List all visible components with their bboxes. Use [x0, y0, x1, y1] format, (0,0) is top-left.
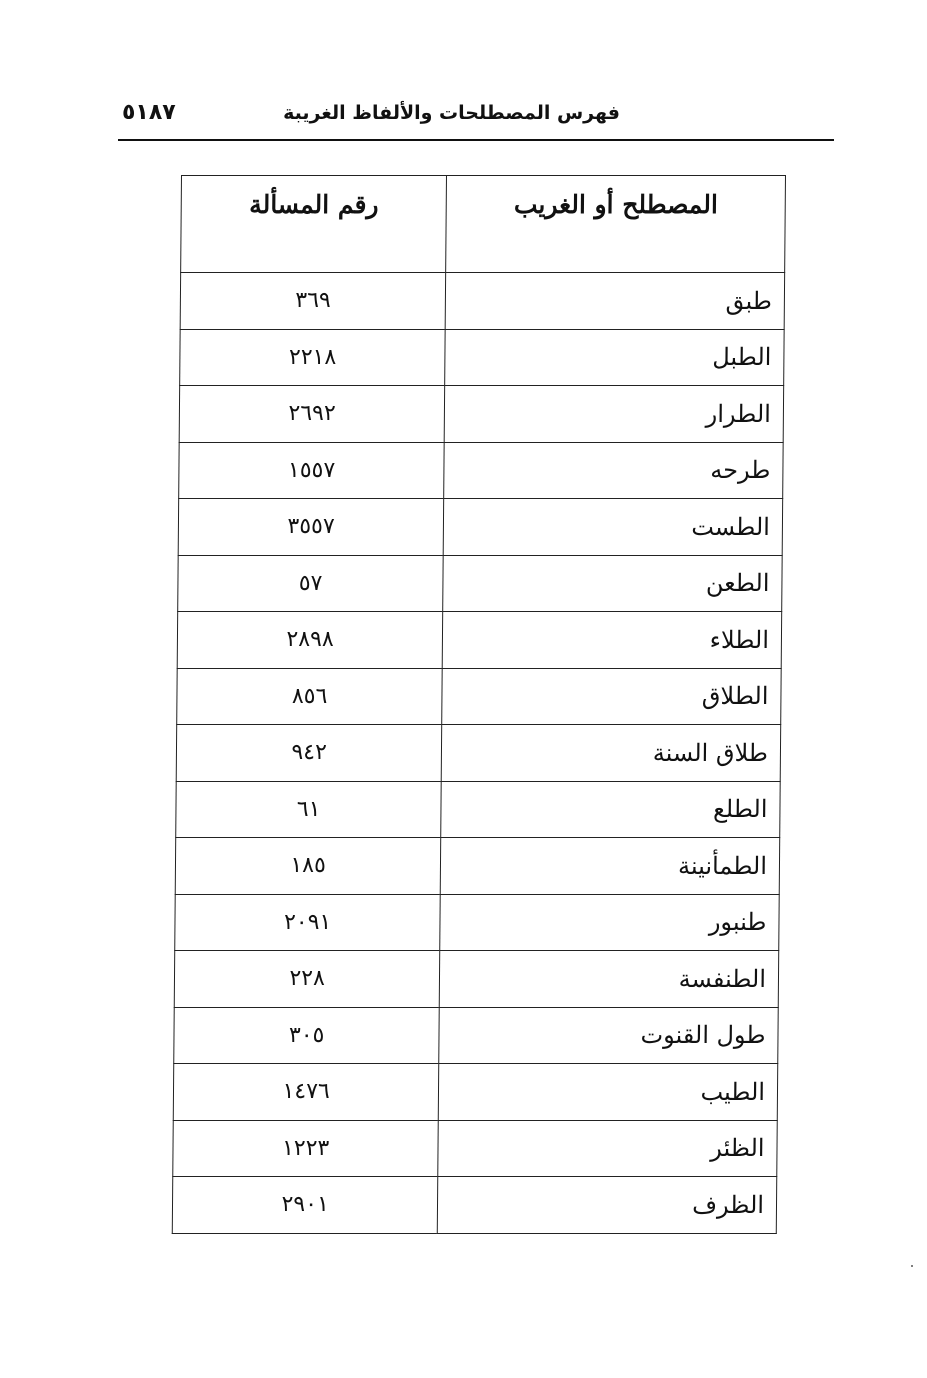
table-row: الظرف٢٩٠١: [172, 1177, 776, 1234]
table-header-row: المصطلح أو الغريب رقم المسألة: [181, 176, 786, 273]
number-cell: ٩٤٢: [176, 725, 442, 782]
term-cell: طرحه: [444, 442, 783, 499]
number-cell: ٣٥٥٧: [178, 499, 444, 556]
page-header: ٥١٨٧ فهرس المصطلحات والألفاظ الغريبة: [118, 96, 834, 130]
table-row: الظئر١٢٢٣: [173, 1120, 777, 1177]
running-title: فهرس المصطلحات والألفاظ الغريبة: [283, 102, 620, 124]
number-cell: ١٥٥٧: [179, 442, 445, 499]
header-rule: [118, 139, 834, 141]
table-row: الطلاء٢٨٩٨: [177, 612, 781, 669]
table-row: الطمأنينة١٨٥: [175, 838, 779, 895]
term-cell: الطرار: [444, 386, 783, 443]
table-row: طول القنوت٣٠٥: [174, 1007, 778, 1064]
number-cell: ٨٥٦: [177, 668, 443, 725]
number-cell: ٢٩٠١: [172, 1177, 438, 1234]
number-cell: ١٢٢٣: [173, 1120, 439, 1177]
table-row: الطلاق٨٥٦: [177, 668, 781, 725]
term-cell: الطلاق: [442, 668, 781, 725]
table-row: طنبور٢٠٩١: [175, 894, 779, 951]
term-cell: الطست: [444, 499, 783, 556]
term-cell: الطعن: [443, 555, 782, 612]
table-row: الطست٣٥٥٧: [178, 499, 782, 556]
term-cell: الطيب: [439, 1064, 778, 1121]
table-row: الطنفسة٢٢٨: [174, 951, 778, 1008]
number-cell: ٢٦٩٢: [179, 386, 445, 443]
table-row: الطرار٢٦٩٢: [179, 386, 783, 443]
term-cell: الظئر: [438, 1120, 777, 1177]
scan-speck: [911, 1265, 913, 1267]
number-cell: ٢٢١٨: [180, 329, 446, 386]
number-cell: ٢٨٩٨: [177, 612, 443, 669]
term-cell: طلاق السنة: [442, 725, 781, 782]
number-cell: ٥٧: [178, 555, 444, 612]
term-cell: طنبور: [440, 894, 779, 951]
table-row: الطعن٥٧: [178, 555, 782, 612]
term-cell: طول القنوت: [439, 1007, 778, 1064]
number-cell: ٣٠٥: [174, 1007, 440, 1064]
table-row: طرحه١٥٥٧: [179, 442, 783, 499]
number-cell: ٣٦٩: [180, 273, 446, 330]
number-cell: ٢٠٩١: [175, 894, 441, 951]
term-cell: الطنفسة: [440, 951, 779, 1008]
term-cell: الطبل: [445, 329, 784, 386]
term-cell: طبق: [445, 273, 784, 330]
table-row: طبق٣٦٩: [180, 273, 784, 330]
index-table: المصطلح أو الغريب رقم المسألة طبق٣٦٩ الط…: [172, 175, 786, 1234]
table-row: الطلع٦١: [176, 781, 780, 838]
number-cell: ١٨٥: [175, 838, 441, 895]
number-cell: ٦١: [176, 781, 442, 838]
number-cell: ١٤٧٦: [173, 1064, 439, 1121]
column-header-number: رقم المسألة: [181, 176, 447, 273]
table-row: طلاق السنة٩٤٢: [176, 725, 780, 782]
column-header-term: المصطلح أو الغريب: [446, 176, 786, 273]
term-cell: الطمأنينة: [441, 838, 780, 895]
table-row: الطيب١٤٧٦: [173, 1064, 777, 1121]
number-cell: ٢٢٨: [174, 951, 440, 1008]
term-cell: الظرف: [438, 1177, 777, 1234]
term-cell: الطلع: [441, 781, 780, 838]
table-row: الطبل٢٢١٨: [180, 329, 784, 386]
term-cell: الطلاء: [443, 612, 782, 669]
page-number: ٥١٨٧: [122, 100, 176, 125]
